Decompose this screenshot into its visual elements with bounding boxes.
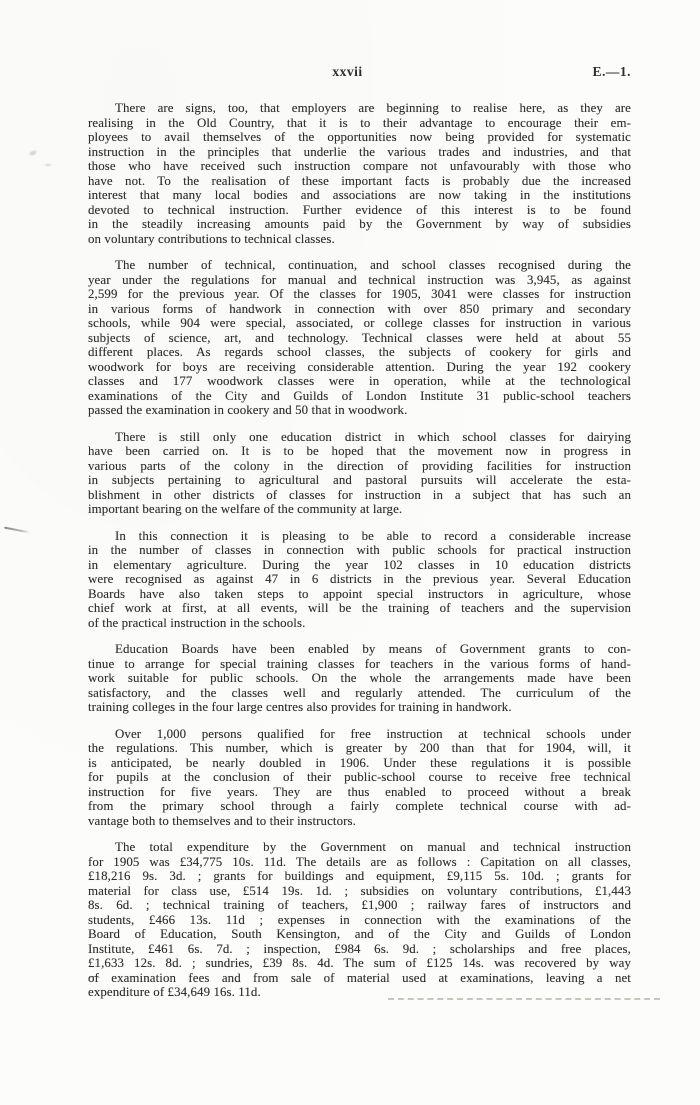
text-line: The total expenditure by the Government …: [88, 840, 631, 855]
smudge-line: [388, 998, 660, 1000]
text-line: £1,633 12s. 8d. ; sundries, £39 8s. 4d. …: [88, 956, 631, 971]
text-line: training colleges in the four large cent…: [88, 700, 631, 715]
paragraph: In this connection it is pleasing to be …: [88, 529, 631, 631]
paragraph: Education Boards have been enabled by me…: [88, 642, 631, 715]
text-line: There are signs, too, that employers are…: [88, 101, 631, 116]
text-line: different places. As regards school clas…: [88, 345, 631, 360]
paragraph: Over 1,000 persons qualified for free in…: [88, 727, 631, 829]
paragraph: There is still only one education distri…: [88, 430, 631, 517]
text-line: have been carried on. It is to be hoped …: [88, 444, 631, 459]
text-line: in the number of classes in connection w…: [88, 543, 631, 558]
text-line: in subjects pertaining to agricultural a…: [88, 473, 631, 488]
text-line: £18,216 9s. 3d. ; grants for buildings a…: [88, 869, 631, 884]
text-line: instruction in the principles that under…: [88, 145, 631, 160]
text-line: interest that many local bodies and asso…: [88, 188, 631, 203]
text-line: tinue to arrange for special training cl…: [88, 657, 631, 672]
pencil-mark: [4, 527, 30, 534]
text-block: xxvii E.—1. There are signs, too, that e…: [88, 64, 631, 1000]
text-line: various parts of the colony in the direc…: [88, 459, 631, 474]
text-line: chief work at first, at all events, will…: [88, 601, 631, 616]
text-line: 8s. 6d. ; technical training of teachers…: [88, 898, 631, 913]
text-line: year under the regulations for manual an…: [88, 273, 631, 288]
document-body: There are signs, too, that employers are…: [88, 101, 631, 1000]
text-line: Board of Education, South Kensington, an…: [88, 927, 631, 942]
macron-mark: [89, 976, 100, 981]
paragraph: The total expenditure by the Government …: [88, 840, 631, 1000]
text-line: Education Boards have been enabled by me…: [88, 642, 631, 657]
text-line: Institute, £461 6s. 7d. ; inspection, £9…: [88, 942, 631, 957]
text-line: schools, while 904 were special, associa…: [88, 316, 631, 331]
text-line: students, £466 13s. 11d ; expenses in co…: [88, 913, 631, 928]
text-line: for 1905 was £34,775 10s. 11d. The detai…: [88, 855, 631, 870]
text-line: of examination fees and from sale of mat…: [88, 971, 631, 986]
text-line: blishment in other districts of classes …: [88, 488, 631, 503]
text-line: subjects of science, art, and technology…: [88, 331, 631, 346]
text-line: classes and 177 woodwork classes were in…: [88, 374, 631, 389]
text-line: realising in the Old Country, that it is…: [88, 116, 631, 131]
text-line: material for class use, £514 19s. 1d. ; …: [88, 884, 631, 899]
text-line: in elementary agriculture. During the ye…: [88, 558, 631, 573]
text-line: work suitable for public schools. On the…: [88, 671, 631, 686]
text-line: from the primary school through a fairly…: [88, 799, 631, 814]
paragraph: The number of technical, continuation, a…: [88, 258, 631, 418]
text-line: examinations of the City and Guilds of L…: [88, 389, 631, 404]
text-line: in the steadily increasing amounts paid …: [88, 217, 631, 232]
page-number: xxvii: [76, 64, 619, 80]
margin-speck-icon: [27, 148, 39, 158]
text-line: for pupils at the conclusion of their pu…: [88, 770, 631, 785]
scanned-report-page: xxvii E.—1. There are signs, too, that e…: [0, 0, 700, 1105]
text-line: There is still only one education distri…: [88, 430, 631, 445]
text-line: is anticipated, be nearly doubled in 190…: [88, 756, 631, 771]
text-line: In this connection it is pleasing to be …: [88, 529, 631, 544]
document-reference: E.—1.: [592, 64, 631, 80]
text-line: in various forms of handwork in connecti…: [88, 302, 631, 317]
text-line: Boards have also taken steps to appoint …: [88, 587, 631, 602]
text-line: ployees to avail themselves of the oppor…: [88, 130, 631, 145]
text-line: were recognised as against 47 in 6 distr…: [88, 572, 631, 587]
text-line: the regulations. This number, which is g…: [88, 741, 631, 756]
text-line: have not. To the realisation of these im…: [88, 174, 631, 189]
text-line: instruction for five years. They are thu…: [88, 785, 631, 800]
text-line: important bearing on the welfare of the …: [88, 502, 631, 517]
text-line: passed the examination in cookery and 50…: [88, 403, 631, 418]
text-line: of the practical instruction in the scho…: [88, 616, 631, 631]
margin-speck-icon: [44, 163, 52, 167]
paragraph: There are signs, too, that employers are…: [88, 101, 631, 246]
text-line: woodwork for boys are receiving consider…: [88, 360, 631, 375]
text-line: Over 1,000 persons qualified for free in…: [88, 727, 631, 742]
page-header: xxvii E.—1.: [88, 64, 631, 78]
text-line: satisfactory, and the classes well and r…: [88, 686, 631, 701]
text-line: The number of technical, continuation, a…: [88, 258, 631, 273]
text-line: devoted to technical instruction. Furthe…: [88, 203, 631, 218]
text-line: those who have received such instruction…: [88, 159, 631, 174]
text-line: 2,599 for the previous year. Of the clas…: [88, 287, 631, 302]
text-line: vantage both to themselves and to their …: [88, 814, 631, 829]
text-line: on voluntary contributions to technical …: [88, 232, 631, 247]
